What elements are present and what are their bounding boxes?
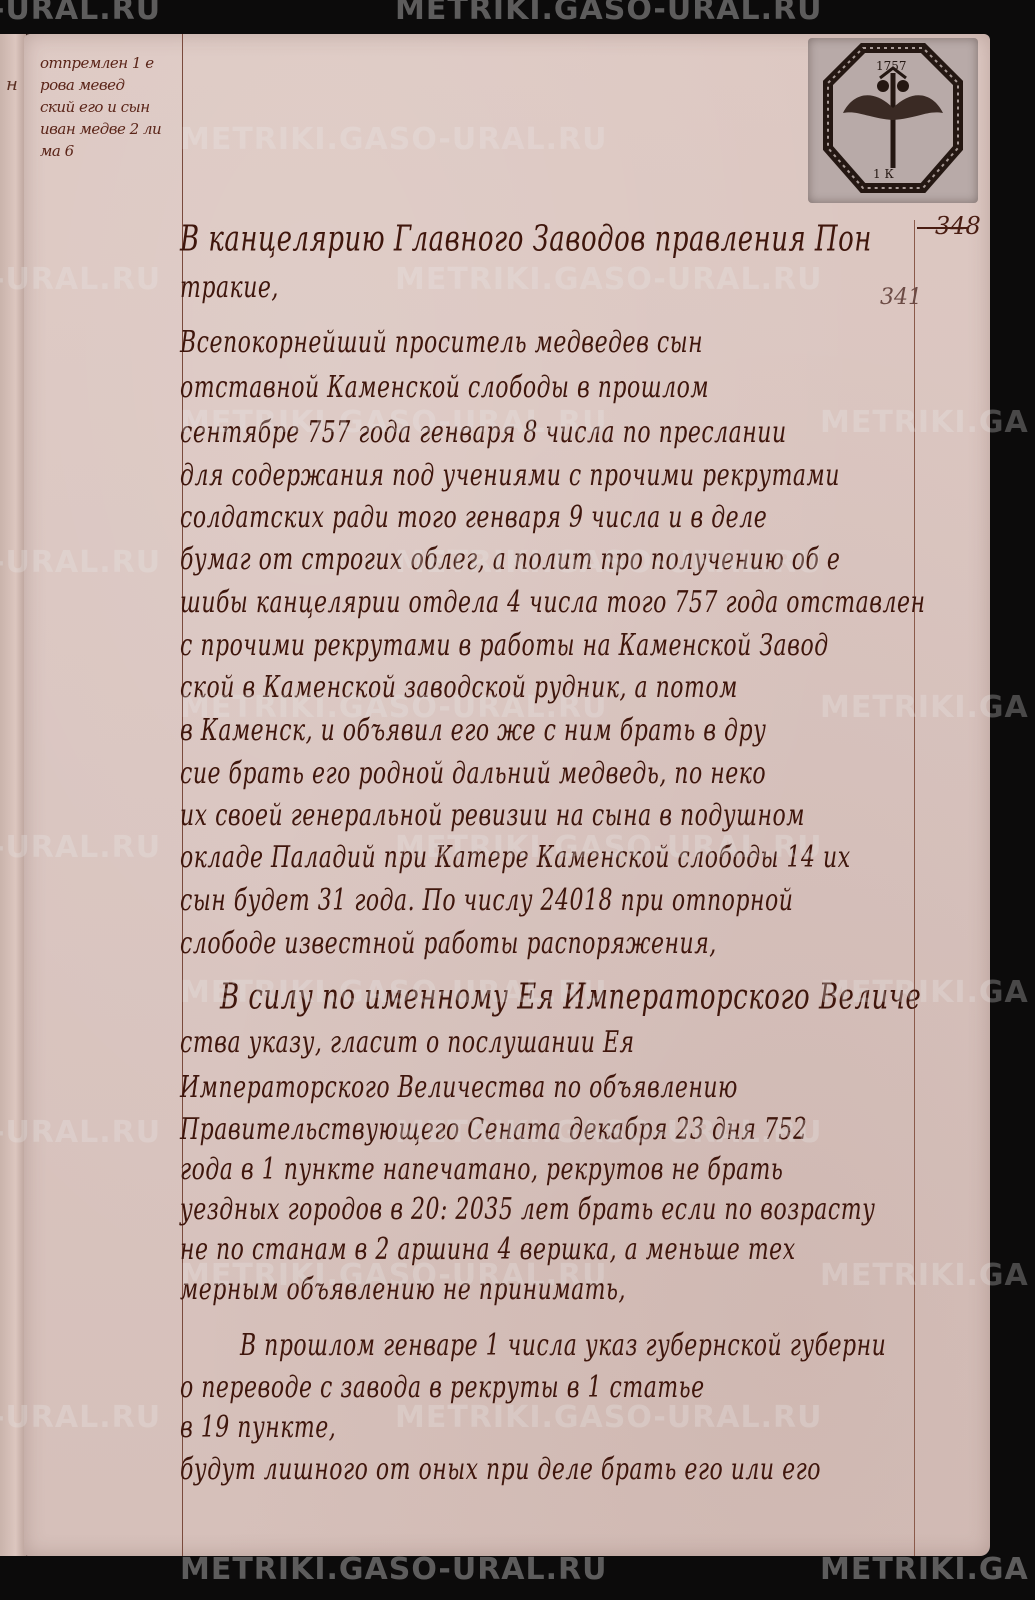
text-line: ства указу, гласит о послушании Ея <box>180 1026 635 1060</box>
margin-note-line: ма 6 <box>40 140 190 162</box>
text-line: Императорского Величества по объявлению <box>180 1071 738 1105</box>
text-line: уездных городов в 20: 2035 лет брать есл… <box>180 1193 875 1227</box>
text-line: ской в Каменской заводской рудник, а пот… <box>180 671 738 705</box>
text-line: в Каменск, и объявил его же с ним брать … <box>180 714 766 748</box>
text-line: отставной Каменской слободы в прошлом <box>180 371 709 405</box>
text-line: Правительствующего Сената декабря 23 дня… <box>180 1113 807 1147</box>
watermark: METRIKI.GASO-URAL.RU <box>395 0 823 27</box>
margin-note-line: иван медве 2 ли <box>40 118 190 140</box>
text-line: сие брать его родной дальний медведь, по… <box>180 757 766 791</box>
double-headed-eagle-icon: 1757 1 К <box>808 38 978 203</box>
adjacent-page-mark: н <box>6 74 18 95</box>
text-line: Всепокорнейший проситель медведев сын <box>180 326 703 360</box>
text-line: шибы канцелярии отдела 4 числа того 757 … <box>180 586 926 620</box>
watermark: METRIKI.GA <box>820 1552 1029 1587</box>
margin-note-line: ский его и сын <box>40 96 190 118</box>
folio-number-old: 348 <box>935 212 981 240</box>
svg-text:1 К: 1 К <box>873 167 894 181</box>
text-line: года в 1 пункте напечатано, рекрутов не … <box>180 1153 783 1187</box>
watermark: METRIKI.GASO-URAL.RU <box>180 1552 608 1587</box>
text-line: в 19 пункте, <box>180 1411 336 1445</box>
text-line: их своей генеральной ревизии на сына в п… <box>180 799 805 833</box>
margin-note-line: рова мевед <box>40 74 190 96</box>
text-line: не по станам в 2 аршина 4 вершка, а мень… <box>180 1233 796 1267</box>
stamp-paper-seal: 1757 1 К <box>808 38 978 203</box>
text-line: бумаг от строгих облег, а полит про полу… <box>180 543 840 577</box>
text-line: тракие, <box>180 271 279 305</box>
text-line: с прочими рекрутами в работы на Каменско… <box>180 629 829 663</box>
text-line: слободе известной работы распоряжения, <box>180 927 717 961</box>
paragraph-start-line: В силу по именному Ея Императорского Вел… <box>220 978 921 1019</box>
manuscript-page <box>24 34 990 1556</box>
text-line: о переводе с завода в рекруты в 1 статье <box>180 1371 705 1405</box>
watermark: -URAL.RU <box>0 0 161 27</box>
folio-number-new: 341 <box>880 285 922 310</box>
right-margin-rule <box>914 220 915 1556</box>
text-line: окладе Паладий при Катере Каменской слоб… <box>180 841 851 875</box>
paragraph-start-line: В прошлом генваре 1 числа указ губернско… <box>240 1329 886 1363</box>
text-line: сентябре 757 года генваря 8 числа по пре… <box>180 416 787 450</box>
text-line: мерным объявлению не принимать, <box>180 1273 626 1307</box>
margin-annotation: отпремлен 1 е рова мевед ский его и сын … <box>40 52 190 162</box>
text-line: для содержания под учениями с прочими ре… <box>180 459 840 493</box>
text-line: сын будет 31 года. По числу 24018 при от… <box>180 884 793 918</box>
margin-note-line: отпремлен 1 е <box>40 52 190 74</box>
text-line: солдатских ради того генваря 9 числа и в… <box>180 501 767 535</box>
heading-line: В канцелярию Главного Заводов правления … <box>180 220 872 261</box>
text-line: будут лишного от оных при деле брать его… <box>180 1453 821 1487</box>
left-margin-rule <box>182 34 183 1556</box>
